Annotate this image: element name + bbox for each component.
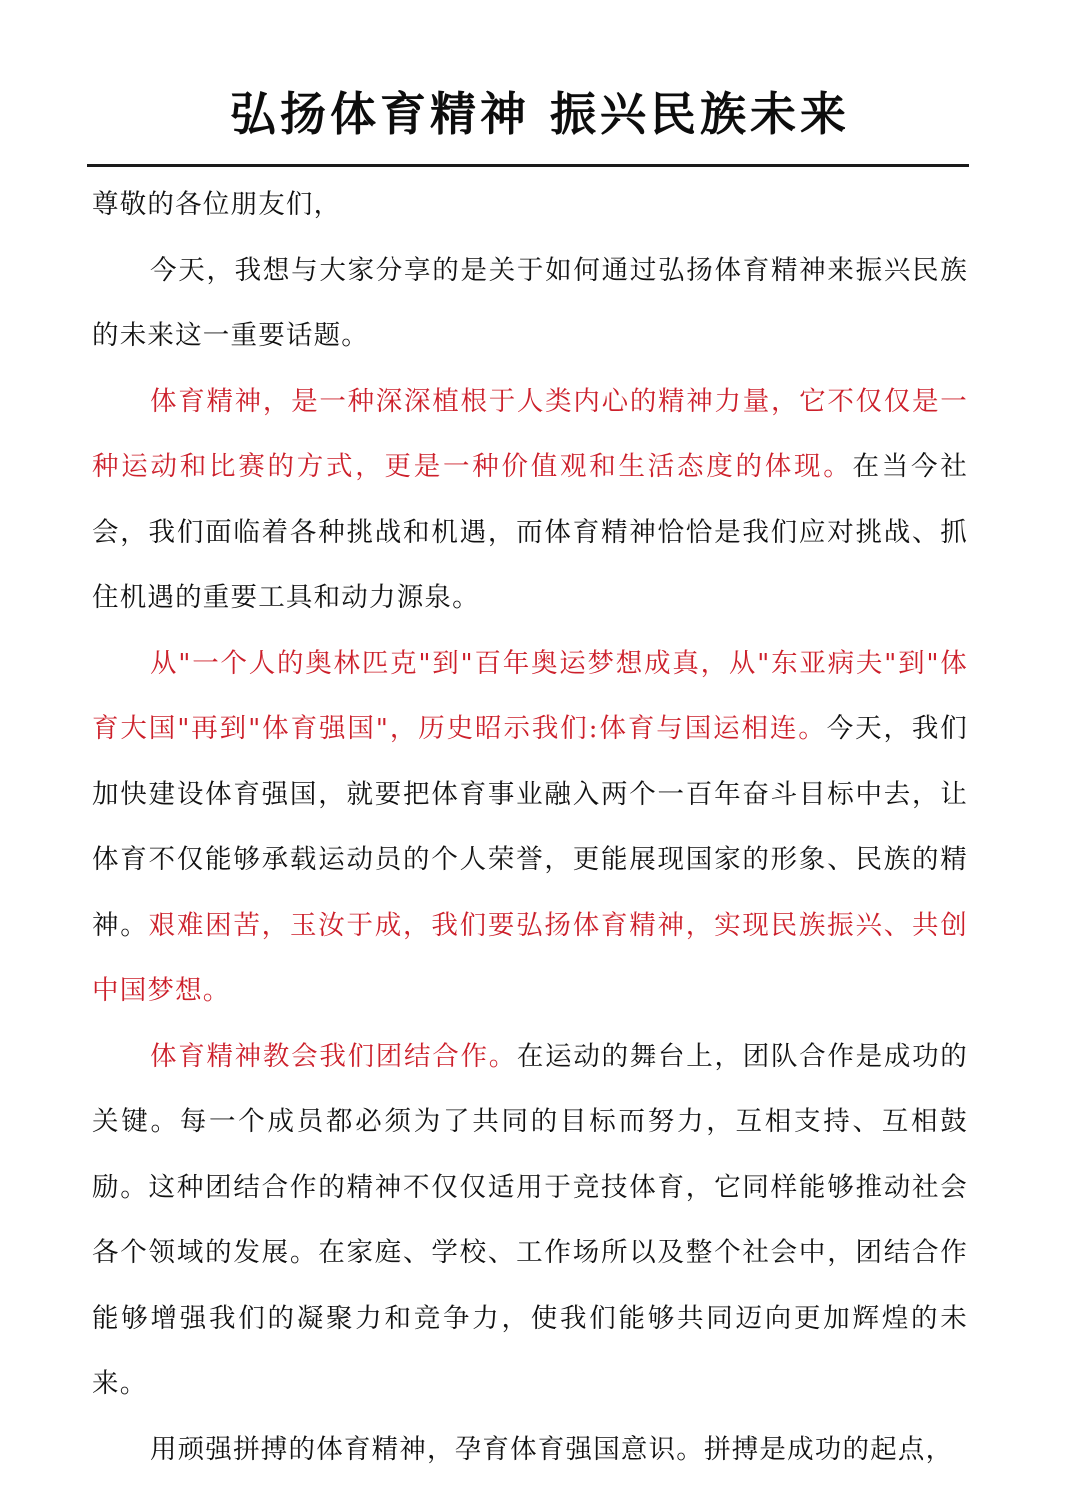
paragraph-text: 用顽强拼搏的体育精神，孕育体育强国意识。拼搏是成功的起点，	[150, 1434, 953, 1465]
paragraph-sports-spirit: 体育精神，是一种深深植根于人类内心的精神力量，它不仅仅是一种运动和比赛的方式，更…	[92, 369, 968, 631]
paragraph-intro: 今天，我想与大家分享的是关于如何通过弘扬体育精神来振兴民族的未来这一重要话题。	[92, 238, 968, 369]
document-body: 尊敬的各位朋友们， 今天，我想与大家分享的是关于如何通过弘扬体育精神来振兴民族的…	[92, 172, 968, 1482]
paragraph-text: 今天，我们加快建设体育强国，就要把体育事业融入两个一百年奋斗目标中去，让体育不仅…	[92, 713, 968, 941]
title-divider	[87, 164, 969, 167]
document-title: 弘扬体育精神 振兴民族未来	[0, 84, 1080, 144]
paragraph-text: 在运动的舞台上，团队合作是成功的关键。每一个成员都必须为了共同的目标而努力，互相…	[92, 1041, 968, 1400]
salutation: 尊敬的各位朋友们，	[92, 172, 968, 238]
highlighted-text: 体育精神教会我们团结合作。	[150, 1041, 517, 1072]
paragraph-teamwork: 体育精神教会我们团结合作。在运动的舞台上，团队合作是成功的关键。每一个成员都必须…	[92, 1024, 968, 1417]
paragraph-perseverance: 用顽强拼搏的体育精神，孕育体育强国意识。拼搏是成功的起点，	[92, 1417, 968, 1483]
highlighted-text: 艰难困苦，玉汝于成，我们要弘扬体育精神，实现民族振兴、共创中国梦想。	[92, 910, 968, 1007]
paragraph-history: 从"一个人的奥林匹克"到"百年奥运梦想成真，从"东亚病夫"到"体育大国"再到"体…	[92, 631, 968, 1024]
paragraph-text: 今天，我想与大家分享的是关于如何通过弘扬体育精神来振兴民族的未来这一重要话题。	[92, 255, 968, 352]
highlighted-text: 体育精神，是一种深深植根于人类内心的精神力量，它不仅仅是一种运动和比赛的方式，更…	[92, 386, 968, 483]
